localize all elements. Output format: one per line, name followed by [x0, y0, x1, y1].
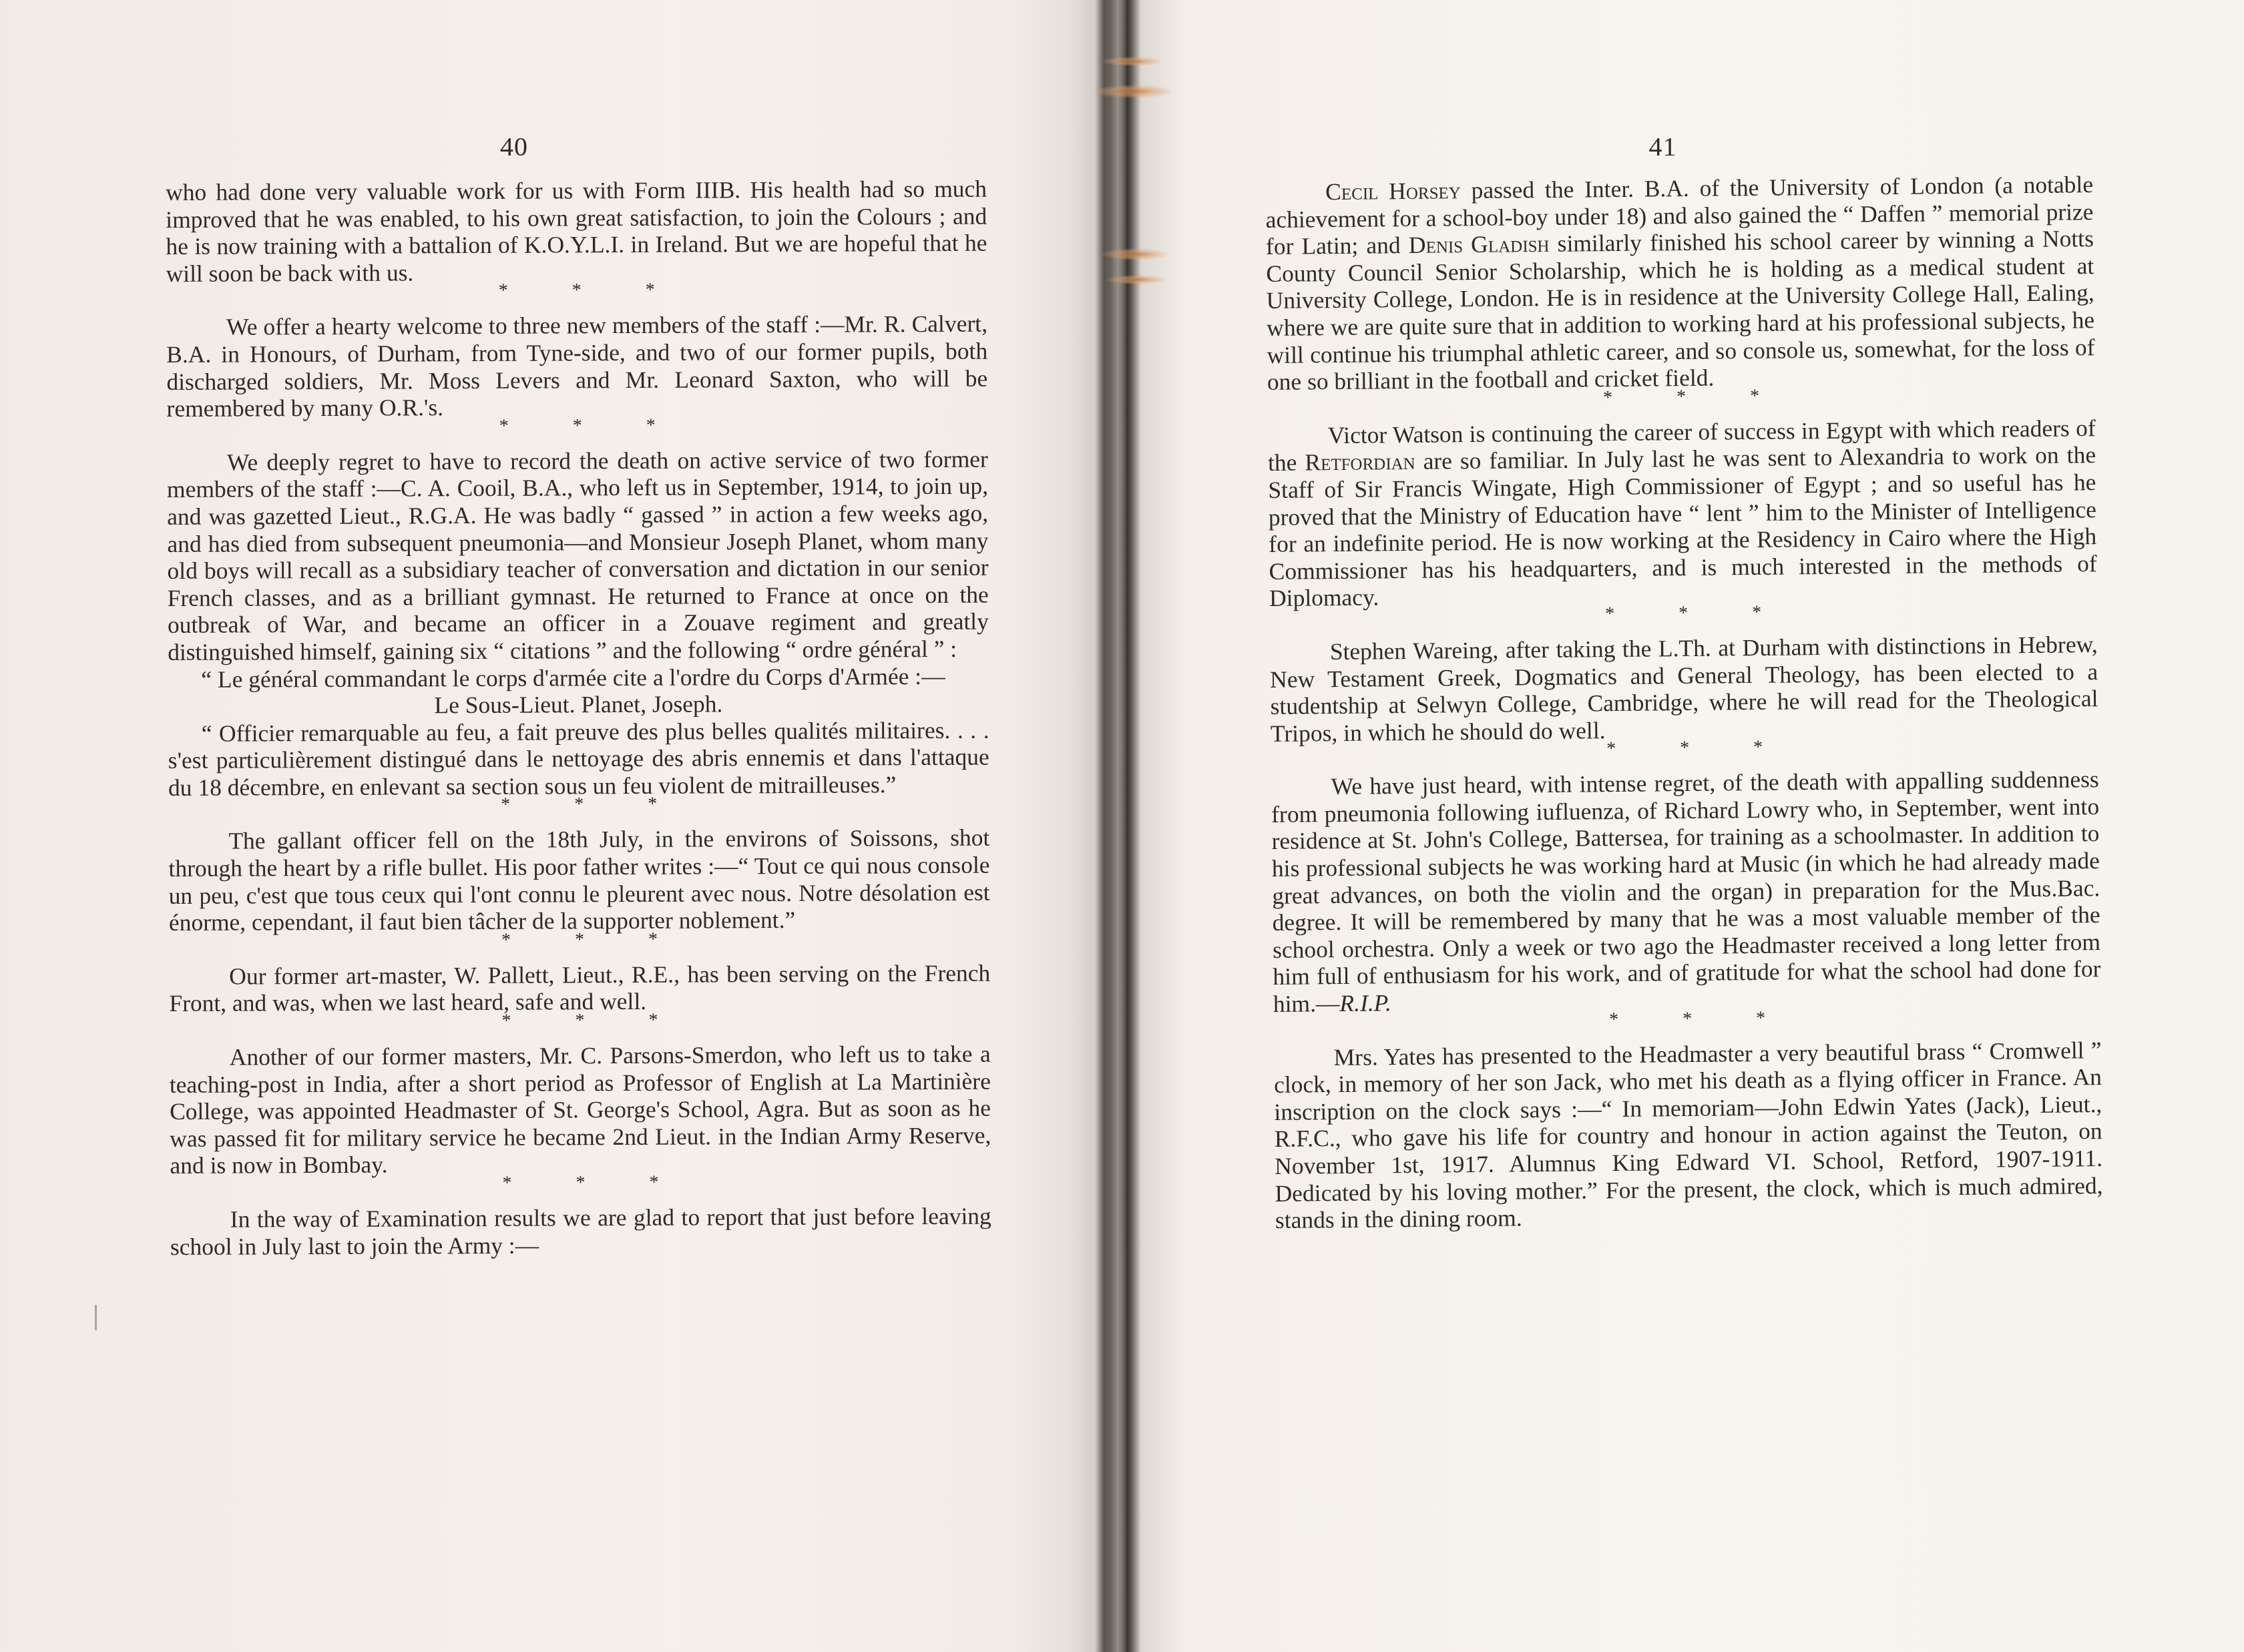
paragraph: who had done very valuable work for us w… [166, 176, 987, 288]
text-column: who had done very valuable work for us w… [166, 176, 991, 1261]
right-page: 41 Cecil Horsey passed the Inter. B.A. o… [1122, 0, 2244, 1652]
paragraph: We have just heard, with intense regret,… [1271, 766, 2101, 1017]
page-number: 41 [1102, 131, 2224, 162]
book-spread: 40 who had done very valuable work for u… [0, 0, 2244, 1652]
paragraph: Victor Watson is continuing the career o… [1268, 415, 2098, 612]
paragraph: Mrs. Yates has presented to the Headmast… [1273, 1037, 2103, 1234]
publication-name: Retfordian [1305, 448, 1415, 476]
paragraph: Cecil Horsey passed the Inter. B.A. of t… [1265, 171, 2095, 396]
left-page: 40 who had done very valuable work for u… [0, 0, 1108, 1652]
person-name: Denis Gladish [1409, 230, 1550, 258]
paragraph: We offer a hearty welcome to three new m… [166, 310, 988, 423]
citation-name: Le Sous-Lieut. Planet, Joseph. [168, 690, 989, 720]
person-name: Cecil Horsey [1325, 177, 1461, 205]
paragraph: In the way of Examination results we are… [170, 1203, 991, 1261]
paragraph: Our former art-master, W. Pallett, Lieut… [169, 959, 990, 1017]
paragraph: Stephen Wareing, after taking the L.Th. … [1270, 631, 2099, 747]
paragraph: We deeply regret to have to record the d… [167, 445, 989, 665]
text-column: Cecil Horsey passed the Inter. B.A. of t… [1265, 171, 2103, 1234]
paragraph: Another of our former masters, Mr. C. Pa… [170, 1041, 991, 1179]
quote-paragraph: “ Officier remarquable au feu, a fait pr… [168, 716, 990, 801]
paragraph: The gallant officer fell on the 18th Jul… [168, 824, 990, 936]
quote-paragraph: “ Le général commandant le corps d'armée… [168, 662, 989, 693]
rip-text: R.I.P. [1339, 989, 1391, 1017]
page-number: 40 [20, 131, 1008, 162]
